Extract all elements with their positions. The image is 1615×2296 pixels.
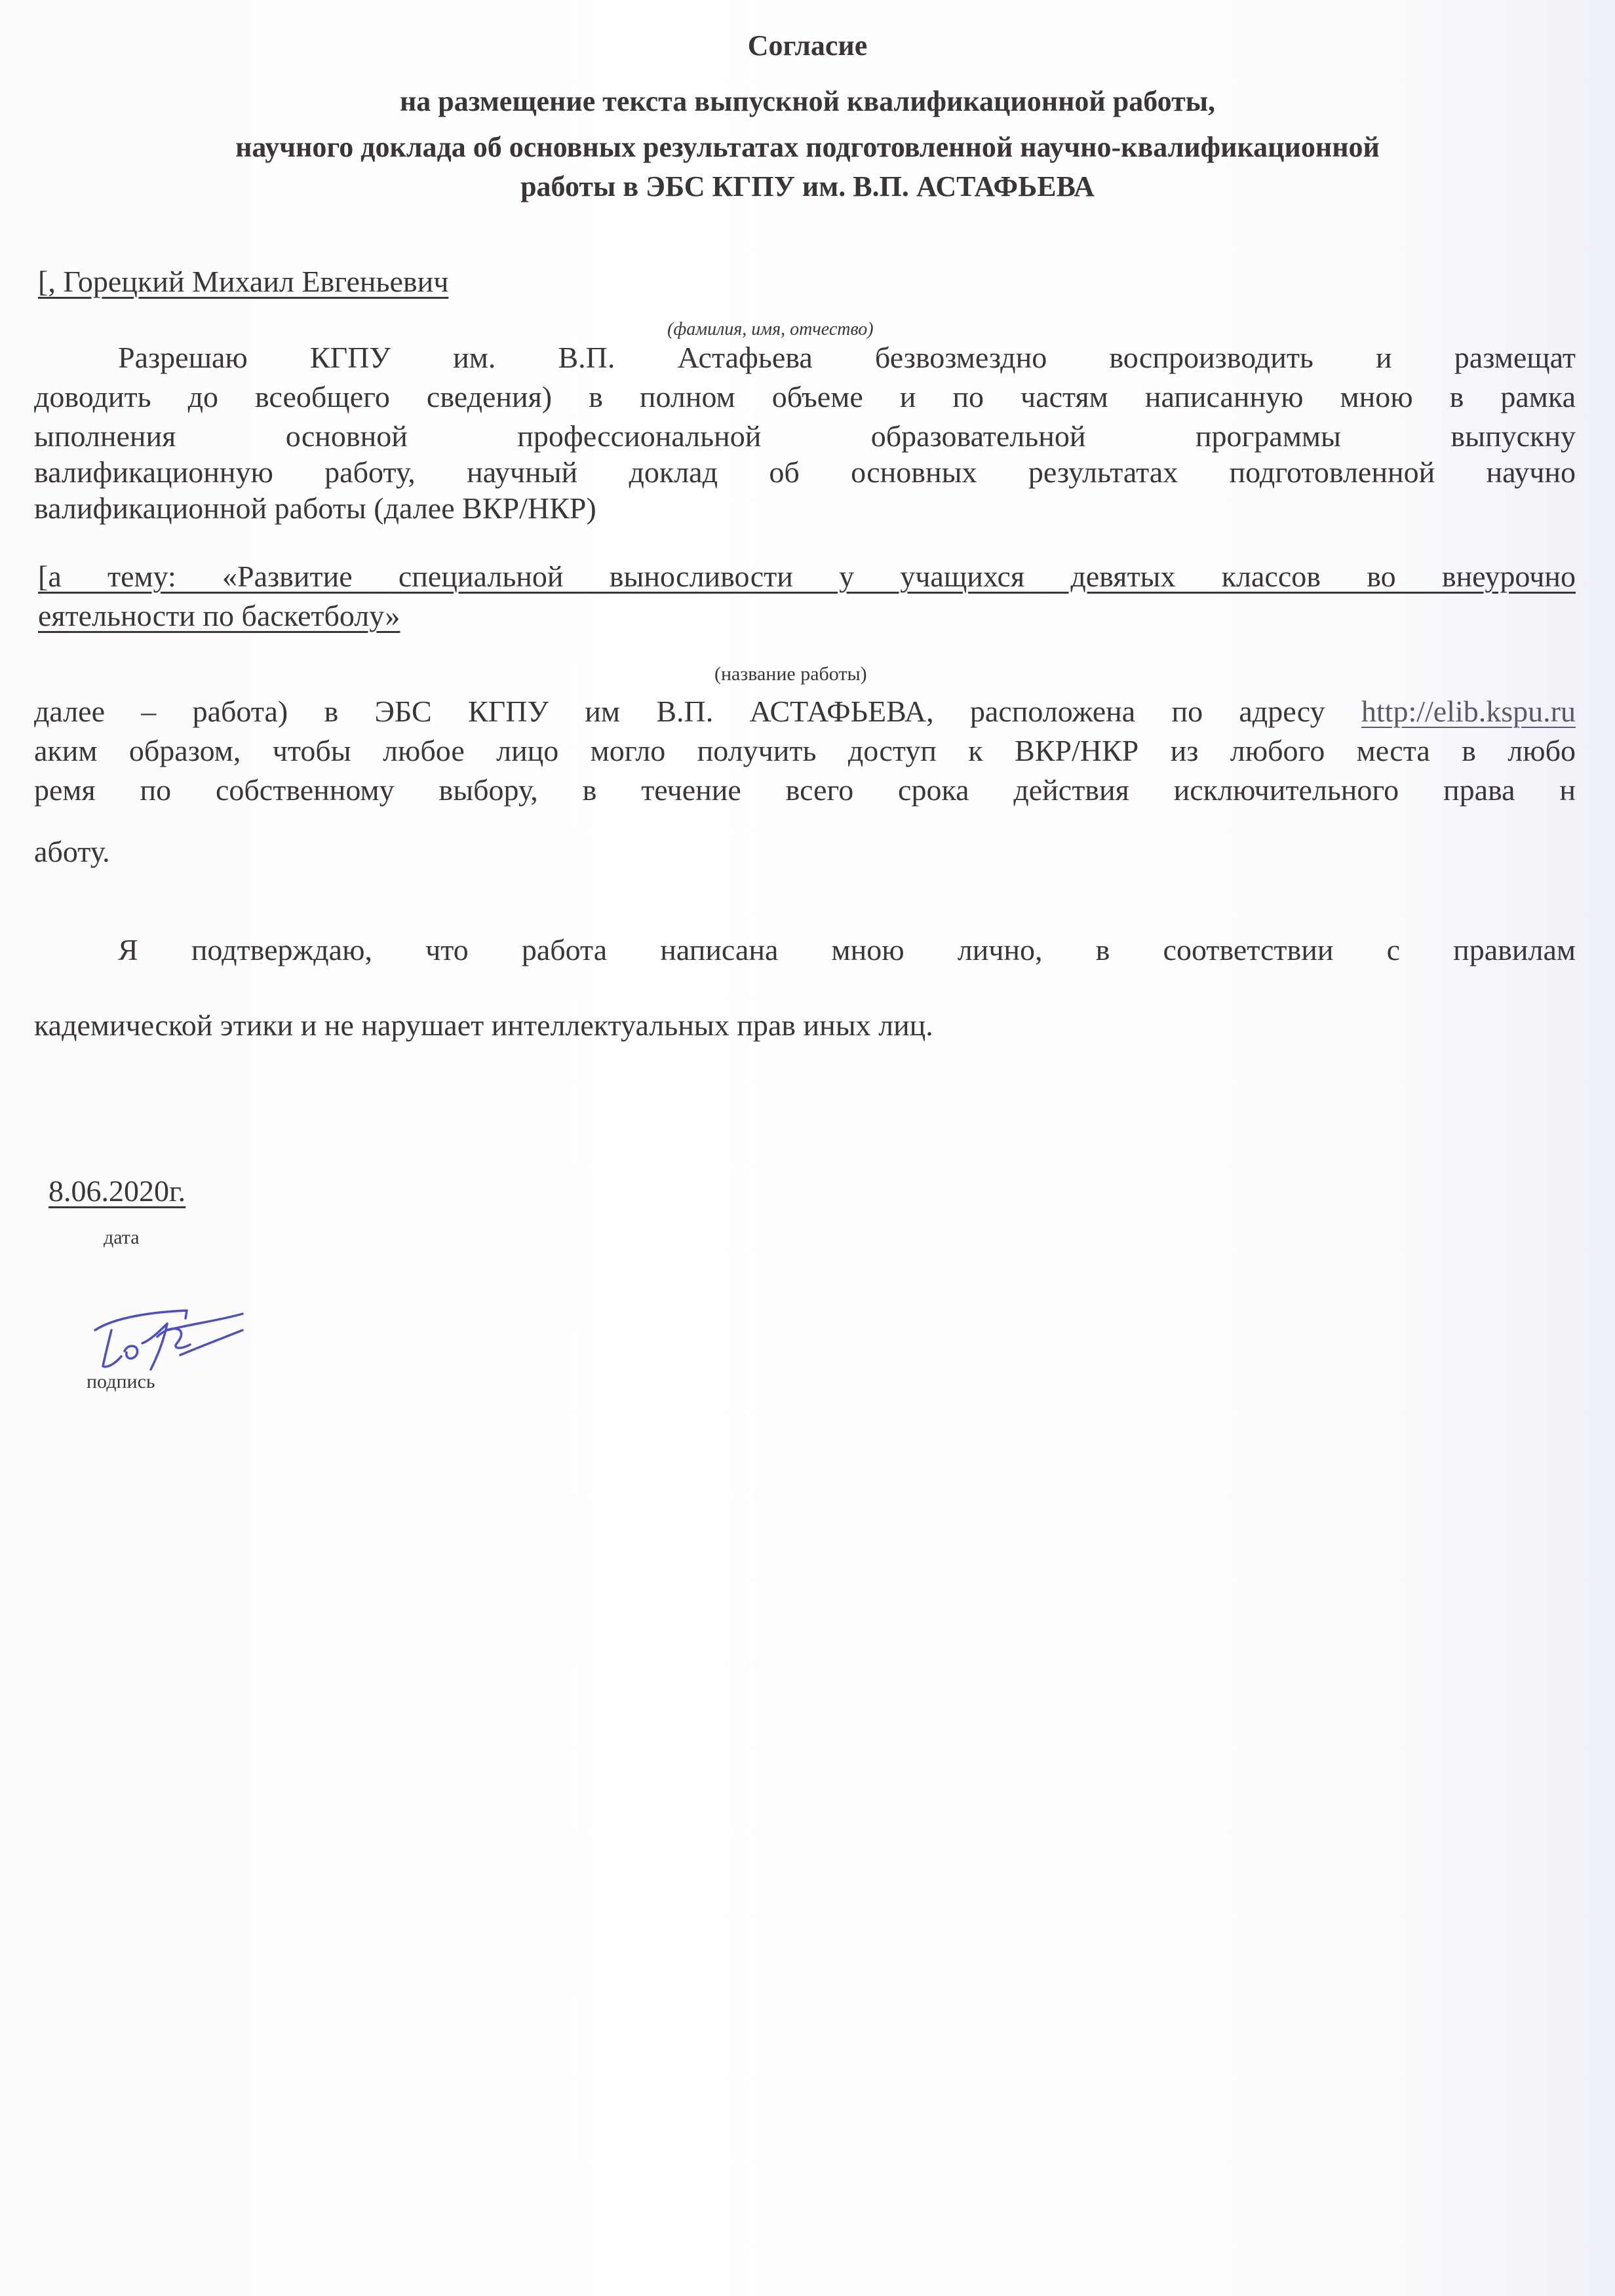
title-line-2: на размещение текста выпускной квалифика… [0, 83, 1615, 120]
author-name-label: (фамилия, имя, отчество) [667, 319, 874, 340]
permission-line-5: валификационной работы (далее ВКР/НКР) [34, 490, 596, 527]
confirmation-line-2: кадемической этики и не нарушает интелле… [34, 1007, 933, 1044]
date-value: 8.06.2020г. [49, 1173, 185, 1210]
title-line-4: работы в ЭБС КГПУ им. В.П. АСТАФЬЕВА [0, 168, 1615, 205]
confirmation-line-1: Я подтверждаю, что работа написана мною … [118, 932, 1576, 968]
placement-line-3: ремя по собственному выбору, в течение в… [34, 772, 1576, 809]
placement-line-1: далее – работа) в ЭБС КГПУ им В.П. АСТАФ… [34, 693, 1576, 730]
topic-line-2: еятельности по баскетболу» [38, 598, 400, 634]
title-line-3: научного доклада об основных результатах… [0, 129, 1615, 166]
permission-line-3: ыполнения основной профессиональной обра… [34, 418, 1576, 455]
title-heading: Согласие [0, 28, 1615, 64]
signature-label: подпись [87, 1371, 155, 1393]
placement-text: далее – работа) в ЭБС КГПУ им В.П. АСТАФ… [34, 695, 1361, 728]
date-label: дата [104, 1227, 140, 1249]
author-name: [, Горецкий Михаил Евгеньевич [38, 263, 448, 300]
placement-line-4: аботу. [34, 833, 110, 870]
elib-link[interactable]: http://elib.kspu.ru [1361, 695, 1576, 728]
topic-line-1: [а тему: «Развитие специальной выносливо… [38, 558, 1576, 595]
scanned-page: Согласие на размещение текста выпускной … [0, 0, 1615, 2296]
signature-icon [88, 1304, 246, 1376]
permission-line-1: Разрешаю КГПУ им. В.П. Астафьева безвозм… [118, 339, 1576, 376]
permission-line-4: валификационную работу, научный доклад о… [34, 454, 1576, 491]
topic-label: (название работы) [714, 663, 867, 685]
permission-line-2: доводить до всеобщего сведения) в полном… [34, 379, 1576, 415]
placement-line-2: аким образом, чтобы любое лицо могло пол… [34, 733, 1576, 769]
